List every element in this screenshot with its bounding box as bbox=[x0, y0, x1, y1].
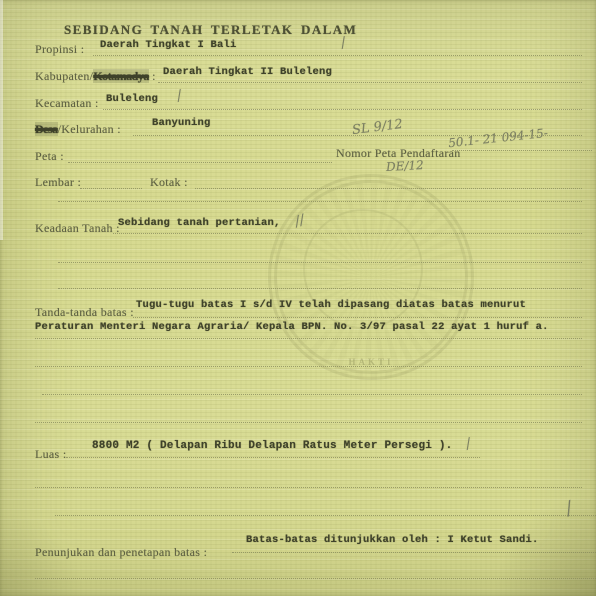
dotted-rule bbox=[58, 262, 582, 263]
dotted-rule bbox=[452, 150, 592, 151]
dotted-rule bbox=[103, 109, 582, 110]
colon: : bbox=[77, 175, 81, 189]
value-keadaan-tanah: Sebidang tanah pertanian, bbox=[118, 217, 281, 229]
embossed-seal-watermark: HAKTI bbox=[268, 174, 474, 380]
colon: : bbox=[63, 447, 67, 461]
label-kotak: Kotak : bbox=[150, 175, 188, 190]
value-kecamatan: Buleleng bbox=[106, 93, 158, 105]
dotted-rule bbox=[232, 552, 596, 553]
value-tanda-batas-line1: Tugu-tugu batas I s/d IV telah dipasang … bbox=[136, 299, 526, 311]
value-tanda-batas-line2: Peraturan Menteri Negara Agraria/ Kepala… bbox=[35, 321, 549, 333]
dotted-rule bbox=[195, 188, 582, 189]
seal-inner-ring bbox=[303, 209, 423, 329]
struck-kotamadya: Kotamadya bbox=[93, 69, 149, 83]
colon: : bbox=[152, 69, 156, 83]
dotted-rule bbox=[93, 55, 582, 56]
hand-nomor-peta-main: 50.1- 21 094-15- bbox=[448, 126, 549, 150]
label-desa-kelurahan: Desa/Kelurahan : bbox=[35, 122, 121, 137]
colon: : bbox=[95, 96, 99, 110]
label-tanda-batas: Tanda-tanda batas : bbox=[35, 305, 134, 320]
dotted-rule bbox=[158, 82, 582, 83]
colon: : bbox=[60, 149, 64, 163]
dotted-rule bbox=[113, 233, 582, 234]
dotted-rule bbox=[35, 487, 582, 488]
dotted-rule bbox=[58, 201, 582, 202]
label-kabupaten: Kabupaten/Kotamadya : bbox=[35, 69, 156, 84]
dotted-rule bbox=[58, 288, 582, 289]
hand-nomor-peta-below: DE/12 bbox=[386, 158, 424, 174]
hand-tick-kecamatan: / bbox=[175, 88, 184, 105]
value-kabupaten: Daerah Tingkat II Buleleng bbox=[163, 66, 332, 78]
dotted-rule bbox=[35, 422, 582, 423]
colon: : bbox=[204, 545, 208, 559]
land-certificate-page: HAKTI SEBIDANG TANAH TERLETAK DALAM Prop… bbox=[0, 0, 596, 596]
scan-edge-artifact bbox=[0, 0, 3, 240]
label-propinsi: Propinsi : bbox=[35, 42, 84, 57]
dotted-rule bbox=[66, 457, 480, 458]
dotted-rule bbox=[55, 515, 596, 516]
page-title: SEBIDANG TANAH TERLETAK DALAM bbox=[64, 22, 357, 38]
value-propinsi: Daerah Tingkat I Bali bbox=[100, 39, 237, 51]
struck-desa: Desa bbox=[35, 122, 58, 136]
colon: : bbox=[184, 175, 188, 189]
label-luas: Luas : bbox=[35, 447, 66, 462]
value-penunjukan: Batas-batas ditunjukkan oleh : I Ketut S… bbox=[246, 534, 539, 546]
colon: : bbox=[117, 122, 121, 136]
value-luas: 8800 M2 ( Delapan Ribu Delapan Ratus Met… bbox=[92, 440, 452, 452]
dotted-rule bbox=[80, 188, 142, 189]
hand-tick-luas: / bbox=[464, 436, 473, 453]
hand-tick-bottom-right: / bbox=[562, 498, 576, 520]
dotted-rule bbox=[35, 366, 582, 367]
dotted-rule bbox=[42, 394, 582, 395]
colon: : bbox=[81, 42, 85, 56]
label-kecamatan: Kecamatan : bbox=[35, 96, 99, 111]
dotted-rule bbox=[35, 578, 596, 579]
label-keadaan-tanah: Keadaan Tanah : bbox=[35, 221, 120, 236]
label-penunjukan: Penunjukan dan penetapan batas : bbox=[35, 545, 207, 560]
dotted-rule bbox=[68, 162, 332, 163]
dotted-rule bbox=[35, 338, 582, 339]
hand-ticks-keadaan: // bbox=[293, 212, 307, 230]
label-peta: Peta : bbox=[35, 149, 64, 164]
label-lembar: Lembar : bbox=[35, 175, 81, 190]
dotted-rule bbox=[133, 317, 582, 318]
value-desa: Banyuning bbox=[152, 117, 211, 129]
